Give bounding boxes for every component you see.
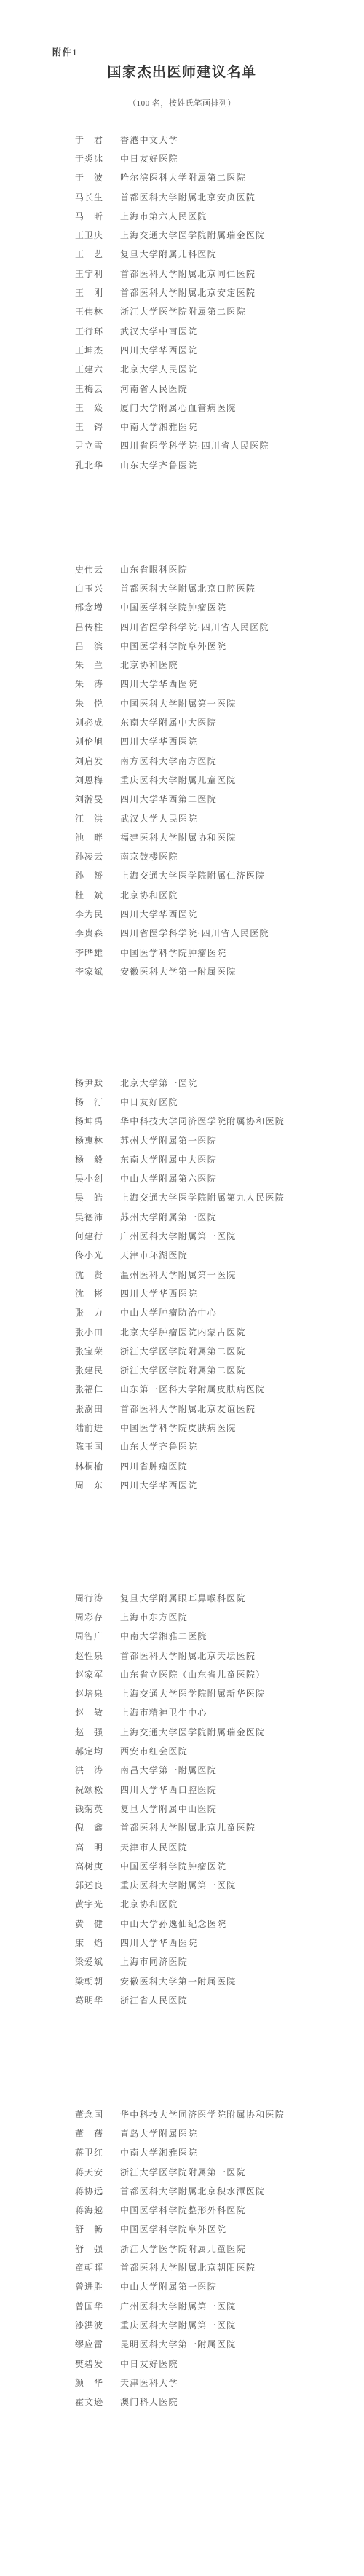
list-item: 刘伦旭 四川大学华西医院 [75, 732, 364, 751]
list-item: 郭述良 重庆医科大学附属第一医院 [75, 1875, 364, 1894]
institution-name: 重庆医科大学附属第一医院 [120, 2319, 237, 2331]
institution-name: 四川省医学科学院·四川省人民医院 [120, 927, 269, 939]
list-item: 黄 健 中山大学孙逸仙纪念医院 [75, 1914, 364, 1933]
physician-name: 周彩存 [75, 1611, 107, 1623]
physician-name: 赵性泉 [75, 1649, 107, 1662]
institution-name: 四川大学华西医院 [120, 1936, 197, 1949]
physician-name: 高 明 [75, 1841, 107, 1853]
list-item: 孙 赟 上海交通大学医学院附属仁济医院 [75, 866, 364, 885]
institution-name: 中国医学科学院整形外科医院 [120, 2204, 246, 2216]
list-item: 朱 涛 四川大学华西医院 [75, 675, 364, 694]
physician-name: 张澍田 [75, 1402, 107, 1415]
physician-name: 祝颂松 [75, 1783, 107, 1796]
physician-name: 张 力 [75, 1306, 107, 1319]
list-item: 高树庚 中国医学科学院肿瘤医院 [75, 1856, 364, 1875]
list-item: 王建六 北京大学人民医院 [75, 360, 364, 379]
physician-list-page-4: 周行涛 复旦大学附属眼耳鼻喉科医院 周彩存 上海市东方医院 周智广 中南大学湘雅… [75, 1588, 364, 2010]
institution-name: 华中科技大学同济医学院附属协和医院 [120, 2108, 285, 2121]
list-item: 樊碧发 中日友好医院 [75, 2354, 364, 2373]
list-item: 何建行 广州医科大学附属第一医院 [75, 1226, 364, 1245]
physician-name: 王 刚 [75, 286, 107, 299]
institution-name: 浙江大学医学院附属第二医院 [120, 1364, 246, 1376]
physician-name: 王 焱 [75, 401, 107, 414]
institution-name: 首都医科大学附属北京友谊医院 [120, 1402, 256, 1415]
physician-name: 郝定均 [75, 1745, 107, 1757]
institution-name: 苏州大学附属第一医院 [120, 1134, 217, 1147]
list-item: 梁爱斌 上海市同济医院 [75, 1952, 364, 1971]
institution-name: 四川省肿瘤医院 [120, 1460, 188, 1472]
institution-name: 四川大学华西医院 [120, 678, 197, 690]
attachment-label: 附件1 [52, 45, 77, 58]
list-item: 赵家军 山东省立医院（山东省儿童医院） [75, 1665, 364, 1684]
list-item: 杨 汀 中日友好医院 [75, 1092, 364, 1111]
list-item: 张澍田 首都医科大学附属北京友谊医院 [75, 1399, 364, 1418]
institution-name: 天津市环湖医院 [120, 1249, 188, 1261]
list-item: 赵 敏 上海市精神卫生中心 [75, 1703, 364, 1722]
institution-name: 首都医科大学附属北京安贞医院 [120, 191, 256, 203]
institution-name: 南昌大学第一附属医院 [120, 1764, 217, 1776]
institution-name: 上海交通大学医学院附属新华医院 [120, 1687, 266, 1700]
physician-name: 朱 悦 [75, 697, 107, 710]
institution-name: 四川大学华西口腔医院 [120, 1783, 217, 1796]
institution-name: 中国医科大学附属第一医院 [120, 697, 237, 710]
institution-name: 中国医学科学院肿瘤医院 [120, 1860, 226, 1872]
list-item: 孙凌云 南京鼓楼医院 [75, 847, 364, 865]
list-item: 舒 强 浙江大学医学院附属儿童医院 [75, 2239, 364, 2258]
physician-name: 马 昕 [75, 210, 107, 222]
institution-name: 山东第一医科大学附属皮肤病医院 [120, 1383, 266, 1395]
list-item: 郝定均 西安市红会医院 [75, 1741, 364, 1760]
institution-name: 四川省医学科学院·四川省人民医院 [120, 621, 269, 633]
list-item: 吴小剑 中山大学附属第六医院 [75, 1169, 364, 1187]
list-item: 朱 兰 北京协和医院 [75, 655, 364, 674]
physician-name: 缪应雷 [75, 2338, 107, 2350]
physician-name: 葛明华 [75, 1994, 107, 2006]
physician-name: 林桐榆 [75, 1460, 107, 1472]
physician-name: 黄宇光 [75, 1898, 107, 1910]
institution-name: 首都医科大学附属北京天坛医院 [120, 1649, 256, 1662]
physician-name: 王坤杰 [75, 344, 107, 356]
list-item: 漆洪波 重庆医科大学附属第一医院 [75, 2315, 364, 2334]
list-item: 张 力 中山大学肿瘤防治中心 [75, 1303, 364, 1322]
list-item: 蒋卫红 中南大学湘雅医院 [75, 2143, 364, 2162]
list-item: 赵培泉 上海交通大学医学院附属新华医院 [75, 1684, 364, 1703]
institution-name: 中山大学孙逸仙纪念医院 [120, 1917, 226, 1930]
list-item: 周行涛 复旦大学附属眼耳鼻喉科医院 [75, 1588, 364, 1607]
physician-name: 周 东 [75, 1479, 107, 1491]
list-item: 董 蒨 青岛大学附属医院 [75, 2124, 364, 2143]
list-item: 孔北华 山东大学齐鲁医院 [75, 455, 364, 474]
page-title: 国家杰出医师建议名单 [0, 61, 364, 81]
institution-name: 首都医科大学附属北京口腔医院 [120, 582, 256, 594]
list-item: 洪 涛 南昌大学第一附属医院 [75, 1761, 364, 1780]
list-item: 王行环 武汉大学中南医院 [75, 321, 364, 340]
physician-name: 杜 斌 [75, 889, 107, 901]
physician-name: 张小田 [75, 1326, 107, 1338]
institution-name: 昆明医科大学第一附属医院 [120, 2338, 237, 2350]
institution-name: 哈尔滨医科大学附属第二医院 [120, 171, 246, 184]
physician-name: 王 艺 [75, 248, 107, 260]
list-item: 蒋天安 浙江大学医学院附属第一医院 [75, 2162, 364, 2181]
institution-name: 上海交通大学医学院附属仁济医院 [120, 869, 266, 881]
list-item: 林桐榆 四川省肿瘤医院 [75, 1456, 364, 1475]
list-item: 佟小光 天津市环湖医院 [75, 1246, 364, 1265]
institution-name: 复旦大学附属儿科医院 [120, 248, 217, 260]
physician-name: 吕 滨 [75, 640, 107, 652]
institution-name: 中国医学科学院皮肤病医院 [120, 1421, 237, 1434]
physician-name: 刘瀚旻 [75, 793, 107, 805]
institution-name: 北京大学第一医院 [120, 1077, 197, 1089]
list-item: 王梅云 河南省人民医院 [75, 379, 364, 398]
institution-name: 首都医科大学附属北京朝阳医院 [120, 2261, 256, 2274]
physician-name: 樊碧发 [75, 2357, 107, 2370]
list-item: 于 君 香港中文大学 [75, 130, 364, 149]
list-item: 梁朝朝 安徽医科大学第一附属医院 [75, 1971, 364, 1990]
institution-name: 武汉大学中南医院 [120, 325, 197, 337]
physician-name: 曾国华 [75, 2300, 107, 2312]
institution-name: 浙江省人民医院 [120, 1994, 188, 2006]
institution-name: 首都医科大学附属北京儿童医院 [120, 1821, 256, 1834]
list-item: 王伟林 浙江大学医学院附属第二医院 [75, 302, 364, 321]
institution-name: 山东省立医院（山东省儿童医院） [120, 1668, 266, 1681]
physician-name: 蒋天安 [75, 2166, 107, 2178]
institution-name: 四川大学华西医院 [120, 1287, 197, 1300]
institution-name: 中国医学科学院肿瘤医院 [120, 946, 226, 959]
institution-name: 华中科技大学同济医学院附属协和医院 [120, 1115, 285, 1127]
institution-name: 重庆医科大学附属第一医院 [120, 1879, 237, 1891]
physician-name: 郭述良 [75, 1879, 107, 1891]
list-item: 高 明 天津市人民医院 [75, 1837, 364, 1856]
physician-list-page-5: 董念国 华中科技大学同济医学院附属协和医院 董 蒨 青岛大学附属医院 蒋卫红 中… [75, 2105, 364, 2411]
list-item: 祝颂松 四川大学华西口腔医院 [75, 1780, 364, 1799]
physician-name: 高树庚 [75, 1860, 107, 1872]
physician-name: 赵 敏 [75, 1706, 107, 1719]
list-item: 周智广 中南大学湘雅二医院 [75, 1627, 364, 1646]
list-item: 杨尹默 北京大学第一医院 [75, 1073, 364, 1092]
list-item: 杜 斌 北京协和医院 [75, 885, 364, 904]
list-item: 周彩存 上海市东方医院 [75, 1607, 364, 1626]
physician-name: 刘伦旭 [75, 735, 107, 747]
institution-name: 北京大学肿瘤医院内蒙古医院 [120, 1326, 246, 1338]
list-item: 康 焰 四川大学华西医院 [75, 1933, 364, 1952]
institution-name: 北京协和医院 [120, 889, 178, 901]
institution-name: 浙江大学医学院附属第二医院 [120, 1345, 246, 1357]
institution-name: 山东大学齐鲁医院 [120, 459, 197, 471]
physician-name: 张宝荣 [75, 1345, 107, 1357]
physician-name: 董念国 [75, 2108, 107, 2121]
institution-name: 山东省眼科医院 [120, 563, 188, 576]
institution-name: 安徽医科大学第一附属医院 [120, 965, 237, 978]
institution-name: 复旦大学附属中山医院 [120, 1802, 217, 1815]
list-item: 李家斌 安徽医科大学第一附属医院 [75, 962, 364, 981]
institution-name: 上海市东方医院 [120, 1611, 188, 1623]
physician-name: 杨尹默 [75, 1077, 107, 1089]
physician-name: 王梅云 [75, 382, 107, 395]
list-item: 颜 华 天津医科大学 [75, 2373, 364, 2392]
list-item: 王 焱 厦门大学附属心血管病医院 [75, 398, 364, 417]
physician-name: 吴德沛 [75, 1211, 107, 1223]
list-item: 李为民 四川大学华西医院 [75, 904, 364, 923]
list-item: 张小田 北京大学肿瘤医院内蒙古医院 [75, 1322, 364, 1341]
institution-name: 四川大学华西医院 [120, 344, 197, 356]
institution-name: 东南大学附属中大医院 [120, 716, 217, 729]
physician-list-page-2: 史伟云 山东省眼科医院 白玉兴 首都医科大学附属北京口腔医院 邢念增 中国医学科… [75, 559, 364, 981]
institution-name: 天津医科大学 [120, 2376, 178, 2389]
institution-name: 四川大学华西医院 [120, 735, 197, 747]
physician-name: 刘必成 [75, 716, 107, 729]
institution-name: 北京协和医院 [120, 1898, 178, 1910]
institution-name: 重庆医科大学附属儿童医院 [120, 774, 237, 786]
physician-name: 李贵森 [75, 927, 107, 939]
institution-name: 广州医科大学附属第一医院 [120, 2300, 237, 2312]
physician-name: 杨坤禹 [75, 1115, 107, 1127]
institution-name: 温州医科大学附属第一医院 [120, 1268, 237, 1281]
physician-name: 钱菊英 [75, 1802, 107, 1815]
list-item: 江 洪 武汉大学人民医院 [75, 809, 364, 828]
institution-name: 苏州大学附属第一医院 [120, 1211, 217, 1223]
institution-name: 北京大学人民医院 [120, 363, 197, 375]
list-item: 王 刚 首都医科大学附属北京安定医院 [75, 283, 364, 302]
physician-name: 赵家军 [75, 1668, 107, 1681]
physician-name: 蒋协远 [75, 2185, 107, 2197]
list-item: 赵 强 上海交通大学医学院附属瑞金医院 [75, 1722, 364, 1741]
institution-name: 广州医科大学附属第一医院 [120, 1230, 237, 1242]
institution-name: 河南省人民医院 [120, 382, 188, 395]
physician-name: 童朝晖 [75, 2261, 107, 2274]
list-item: 钱菊英 复旦大学附属中山医院 [75, 1799, 364, 1818]
physician-name: 白玉兴 [75, 582, 107, 594]
physician-name: 王宁利 [75, 267, 107, 280]
physician-name: 王建六 [75, 363, 107, 375]
institution-name: 中南大学湘雅二医院 [120, 1630, 207, 1642]
list-item: 张福仁 山东第一医科大学附属皮肤病医院 [75, 1380, 364, 1399]
list-item: 刘恩梅 重庆医科大学附属儿童医院 [75, 770, 364, 789]
list-item: 王 锷 中南大学湘雅医院 [75, 417, 364, 436]
institution-name: 中山大学附属第六医院 [120, 1172, 217, 1185]
physician-name: 董 蒨 [75, 2127, 107, 2140]
institution-name: 北京协和医院 [120, 659, 178, 671]
physician-name: 张建民 [75, 1364, 107, 1376]
institution-name: 南京鼓楼医院 [120, 850, 178, 863]
list-item: 史伟云 山东省眼科医院 [75, 559, 364, 578]
physician-name: 王卫庆 [75, 229, 107, 241]
list-item: 吴德沛 苏州大学附属第一医院 [75, 1207, 364, 1226]
physician-name: 杨 毅 [75, 1153, 107, 1166]
list-item: 沈 彬 四川大学华西医院 [75, 1284, 364, 1303]
physician-name: 吕传柱 [75, 621, 107, 633]
list-item: 赵性泉 首都医科大学附属北京天坛医院 [75, 1646, 364, 1665]
list-item: 蒋协远 首都医科大学附属北京积水潭医院 [75, 2181, 364, 2200]
list-item: 尹立雪 四川省医学科学院·四川省人民医院 [75, 436, 364, 455]
physician-name: 李晔雄 [75, 946, 107, 959]
physician-name: 江 洪 [75, 812, 107, 825]
physician-name: 舒 强 [75, 2242, 107, 2255]
institution-name: 南方医科大学南方医院 [120, 755, 217, 767]
page-subtitle: （100 名，按姓氏笔画排列） [0, 97, 364, 109]
institution-name: 浙江大学医学院附属儿童医院 [120, 2242, 246, 2255]
physician-name: 蒋海越 [75, 2204, 107, 2216]
list-item: 刘必成 东南大学附属中大医院 [75, 712, 364, 731]
physician-name: 孙 赟 [75, 869, 107, 881]
institution-name: 中日友好医院 [120, 152, 178, 165]
list-item: 李贵森 四川省医学科学院·四川省人民医院 [75, 924, 364, 943]
list-item: 杨惠林 苏州大学附属第一医院 [75, 1131, 364, 1150]
institution-name: 中南大学湘雅医院 [120, 2146, 197, 2159]
list-item: 马 昕 上海市第六人民医院 [75, 206, 364, 225]
institution-name: 上海市同济医院 [120, 1955, 188, 1968]
physician-name: 朱 兰 [75, 659, 107, 671]
physician-name: 洪 涛 [75, 1764, 107, 1776]
list-item: 邢念增 中国医学科学院肿瘤医院 [75, 598, 364, 617]
institution-name: 中国医学科学院肿瘤医院 [120, 601, 226, 613]
institution-name: 上海市第六人民医院 [120, 210, 207, 222]
list-item: 舒 畅 中国医学科学院阜外医院 [75, 2220, 364, 2239]
physician-name: 张福仁 [75, 1383, 107, 1395]
list-item: 周 东 四川大学华西医院 [75, 1475, 364, 1494]
list-item: 刘启发 南方医科大学南方医院 [75, 751, 364, 770]
physician-name: 王伟林 [75, 305, 107, 318]
physician-name: 颜 华 [75, 2376, 107, 2389]
institution-name: 东南大学附属中大医院 [120, 1153, 217, 1166]
institution-name: 四川省医学科学院·四川省人民医院 [120, 439, 269, 452]
list-item: 杨 毅 东南大学附属中大医院 [75, 1150, 364, 1169]
institution-name: 中日友好医院 [120, 2357, 178, 2370]
list-item: 陈玉国 山东大学齐鲁医院 [75, 1437, 364, 1456]
physician-name: 于炎冰 [75, 152, 107, 165]
institution-name: 四川大学华西第二医院 [120, 793, 217, 805]
list-item: 曾国华 广州医科大学附属第一医院 [75, 2296, 364, 2315]
physician-name: 舒 畅 [75, 2223, 107, 2235]
institution-name: 中南大学湘雅医院 [120, 420, 197, 433]
physician-name: 陆前进 [75, 1421, 107, 1434]
physician-name: 陈玉国 [75, 1440, 107, 1453]
institution-name: 山东大学齐鲁医院 [120, 1440, 197, 1453]
physician-name: 王 锷 [75, 420, 107, 433]
physician-name: 倪 鑫 [75, 1821, 107, 1834]
physician-name: 李家斌 [75, 965, 107, 978]
institution-name: 首都医科大学附属北京积水潭医院 [120, 2185, 266, 2197]
list-item: 于 波 哈尔滨医科大学附属第二医院 [75, 168, 364, 187]
institution-name: 复旦大学附属眼耳鼻喉科医院 [120, 1592, 246, 1604]
institution-name: 四川大学华西医院 [120, 908, 197, 920]
physician-name: 于 君 [75, 133, 107, 146]
physician-name: 王行环 [75, 325, 107, 337]
list-item: 吕传柱 四川省医学科学院·四川省人民医院 [75, 617, 364, 636]
physician-name: 霍文逊 [75, 2395, 107, 2408]
institution-name: 香港中文大学 [120, 133, 178, 146]
physician-name: 邢念增 [75, 601, 107, 613]
list-item: 吕 滨 中国医学科学院阜外医院 [75, 636, 364, 655]
physician-name: 梁朝朝 [75, 1975, 107, 1987]
list-item: 杨坤禹 华中科技大学同济医学院附属协和医院 [75, 1112, 364, 1131]
institution-name: 福建医科大学附属协和医院 [120, 831, 237, 844]
list-item: 于炎冰 中日友好医院 [75, 149, 364, 168]
physician-name: 蒋卫红 [75, 2146, 107, 2159]
list-item: 张建民 浙江大学医学院附属第二医院 [75, 1360, 364, 1379]
list-item: 霍文逊 澳门科大医院 [75, 2392, 364, 2411]
institution-name: 安徽医科大学第一附属医院 [120, 1975, 237, 1987]
institution-name: 中山大学肿瘤防治中心 [120, 1306, 217, 1319]
physician-name: 吴小剑 [75, 1172, 107, 1185]
physician-name: 何建行 [75, 1230, 107, 1242]
list-item: 曾进胜 中山大学附属第一医院 [75, 2277, 364, 2296]
physician-name: 曾进胜 [75, 2280, 107, 2293]
list-item: 张宝荣 浙江大学医学院附属第二医院 [75, 1341, 364, 1360]
list-item: 王 艺 复旦大学附属儿科医院 [75, 245, 364, 264]
physician-list-page-3: 杨尹默 北京大学第一医院 杨 汀 中日友好医院 杨坤禹 华中科技大学同济医学院附… [75, 1073, 364, 1495]
list-item: 李晔雄 中国医学科学院肿瘤医院 [75, 943, 364, 962]
list-item: 王宁利 首都医科大学附属北京同仁医院 [75, 264, 364, 283]
institution-name: 武汉大学人民医院 [120, 812, 197, 825]
physician-name: 周智广 [75, 1630, 107, 1642]
physician-name: 尹立雪 [75, 439, 107, 452]
physician-name: 周行涛 [75, 1592, 107, 1604]
physician-name: 李为民 [75, 908, 107, 920]
physician-name: 孔北华 [75, 459, 107, 471]
institution-name: 上海交通大学医学院附属第九人民医院 [120, 1191, 285, 1203]
institution-name: 中山大学附属第一医院 [120, 2280, 217, 2293]
physician-name: 黄 健 [75, 1917, 107, 1930]
physician-name: 杨 汀 [75, 1096, 107, 1108]
physician-name: 杨惠林 [75, 1134, 107, 1147]
institution-name: 厦门大学附属心血管病医院 [120, 401, 237, 414]
institution-name: 首都医科大学附属北京安定医院 [120, 286, 256, 299]
list-item: 王卫庆 上海交通大学医学院附属瑞金医院 [75, 225, 364, 244]
list-item: 缪应雷 昆明医科大学第一附属医院 [75, 2335, 364, 2354]
institution-name: 西安市红会医院 [120, 1745, 188, 1757]
physician-name: 孙凌云 [75, 850, 107, 863]
list-item: 黄宇光 北京协和医院 [75, 1895, 364, 1914]
institution-name: 中国医学科学院阜外医院 [120, 2223, 226, 2235]
physician-name: 吴 皓 [75, 1191, 107, 1203]
list-item: 马长生 首都医科大学附属北京安贞医院 [75, 187, 364, 206]
list-item: 池 畔 福建医科大学附属协和医院 [75, 828, 364, 847]
list-item: 童朝晖 首都医科大学附属北京朝阳医院 [75, 2258, 364, 2277]
list-item: 吴 皓 上海交通大学医学院附属第九人民医院 [75, 1188, 364, 1207]
physician-name: 赵 强 [75, 1726, 107, 1738]
institution-name: 浙江大学医学院附属第二医院 [120, 305, 246, 318]
physician-name: 沈 彬 [75, 1287, 107, 1300]
institution-name: 四川大学华西医院 [120, 1479, 197, 1491]
institution-name: 中国医学科学院阜外医院 [120, 640, 226, 652]
physician-name: 史伟云 [75, 563, 107, 576]
list-item: 蒋海越 中国医学科学院整形外科医院 [75, 2200, 364, 2219]
physician-name: 梁爱斌 [75, 1955, 107, 1968]
institution-name: 中日友好医院 [120, 1096, 178, 1108]
institution-name: 上海市精神卫生中心 [120, 1706, 207, 1719]
physician-name: 赵培泉 [75, 1687, 107, 1700]
physician-name: 漆洪波 [75, 2319, 107, 2331]
institution-name: 上海交通大学医学院附属瑞金医院 [120, 1726, 266, 1738]
physician-name: 康 焰 [75, 1936, 107, 1949]
institution-name: 天津市人民医院 [120, 1841, 188, 1853]
physician-name: 刘启发 [75, 755, 107, 767]
list-item: 王坤杰 四川大学华西医院 [75, 340, 364, 359]
list-item: 沈 贤 温州医科大学附属第一医院 [75, 1265, 364, 1284]
institution-name: 首都医科大学附属北京同仁医院 [120, 267, 256, 280]
physician-name: 佟小光 [75, 1249, 107, 1261]
institution-name: 澳门科大医院 [120, 2395, 178, 2408]
physician-name: 刘恩梅 [75, 774, 107, 786]
list-item: 葛明华 浙江省人民医院 [75, 1990, 364, 2009]
physician-name: 池 畔 [75, 831, 107, 844]
physician-name: 朱 涛 [75, 678, 107, 690]
list-item: 倪 鑫 首都医科大学附属北京儿童医院 [75, 1818, 364, 1837]
list-item: 董念国 华中科技大学同济医学院附属协和医院 [75, 2105, 364, 2124]
institution-name: 上海交通大学医学院附属瑞金医院 [120, 229, 266, 241]
institution-name: 浙江大学医学院附属第一医院 [120, 2166, 246, 2178]
list-item: 刘瀚旻 四川大学华西第二医院 [75, 790, 364, 809]
